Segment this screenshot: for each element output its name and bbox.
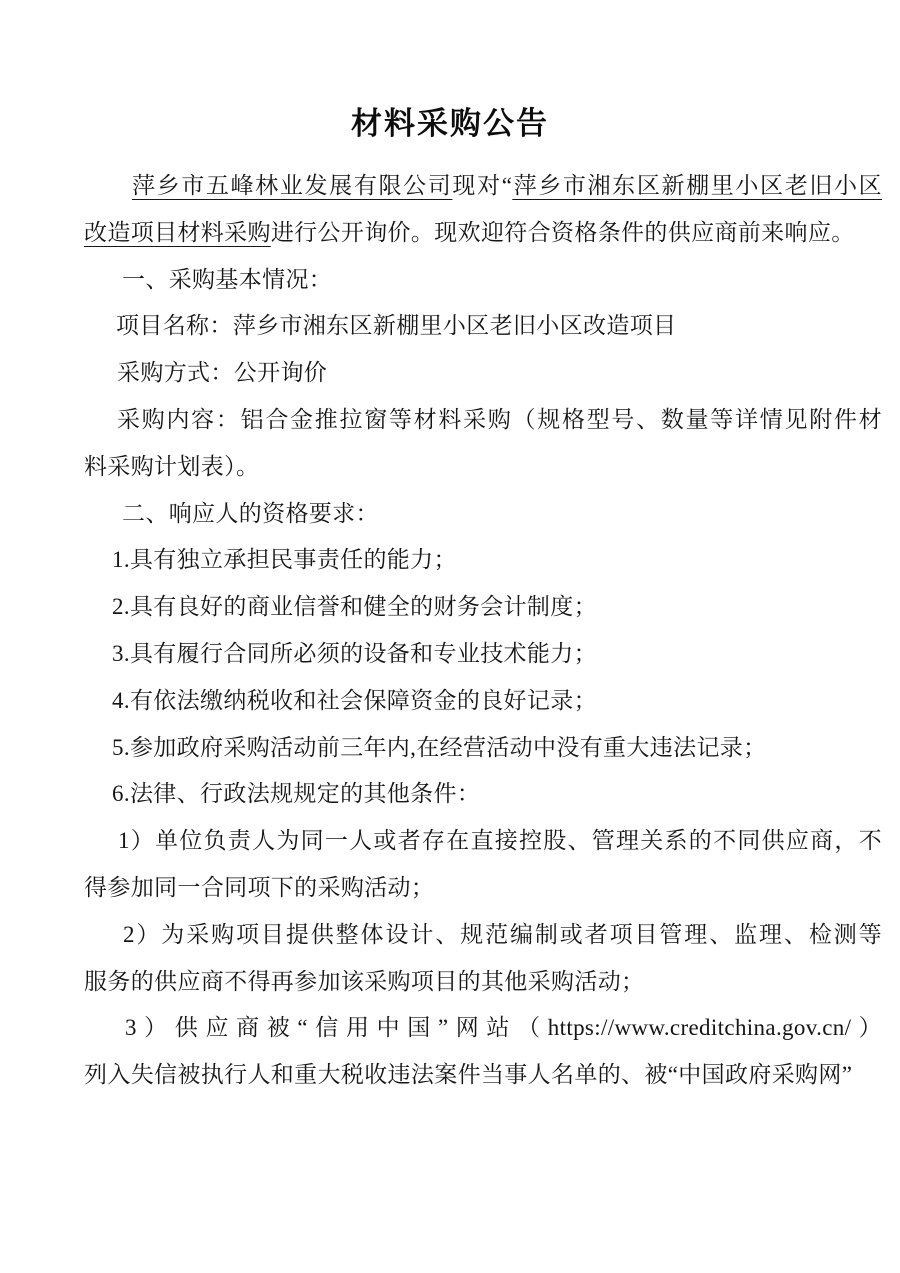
document-body: 萍乡市五峰林业发展有限公司现对“萍乡市湘东区新棚里小区老旧小区改造项目材料采购进… — [84, 163, 882, 1099]
text-segment: 一、采购基本情况： — [122, 267, 332, 292]
condition-2-line-1: 2）为采购项目提供整体设计、规范编制或者项目管理、监理、检测等 — [84, 912, 882, 959]
text-segment: 项目名称：萍乡市湘东区新棚里小区老旧小区改造项目 — [116, 313, 676, 338]
qualification-item-3: 3.具有履行合同所必须的设备和专业技术能力； — [84, 631, 882, 678]
condition-2-line-2: 服务的供应商不得再参加该采购项目的其他采购活动； — [84, 959, 882, 1006]
text-segment: 二、响应人的资格要求： — [122, 501, 379, 526]
text-segment: 料采购计划表）。 — [84, 454, 259, 479]
text-segment: 进行公开询价。现欢迎符合资格条件的供应商前来响应。 — [271, 220, 855, 245]
condition-1-line-1: 1）单位负责人为同一人或者存在直接控股、管理关系的不同供应商，不 — [84, 818, 882, 865]
qualification-item-2: 2.具有良好的商业信誉和健全的财务会计制度； — [84, 584, 882, 631]
section-2-heading: 二、响应人的资格要求： — [84, 491, 882, 538]
qualification-item-1: 1.具有独立承担民事责任的能力； — [84, 537, 882, 584]
text-segment: 5.参加政府采购活动前三年内,在经营活动中没有重大违法记录； — [112, 735, 767, 760]
text-segment: 得参加同一合同项下的采购活动； — [84, 875, 434, 900]
text-segment: 列入失信被执行人和重大税收违法案件当事人名单的、被“中国政府采购网” — [84, 1062, 852, 1087]
procurement-content-line-2: 料采购计划表）。 — [84, 444, 882, 491]
text-segment: 1）单位负责人为同一人或者存在直接控股、管理关系的不同供应商，不 — [118, 828, 882, 853]
condition-1-line-2: 得参加同一合同项下的采购活动； — [84, 865, 882, 912]
text-segment: 3）供应商被“信用中国”网站（https://www.creditchina.g… — [125, 1015, 882, 1040]
intro-line-2: 改造项目材料采购进行公开询价。现欢迎符合资格条件的供应商前来响应。 — [84, 210, 882, 257]
text-segment: 3.具有履行合同所必须的设备和专业技术能力； — [112, 641, 597, 666]
underlined-text: 改造项目材料采购 — [84, 220, 271, 245]
qualification-item-6: 6.法律、行政法规规定的其他条件： — [84, 771, 882, 818]
underlined-text: 萍乡市湘东区新棚里小区老旧小区 — [512, 173, 882, 198]
condition-3-line-1: 3）供应商被“信用中国”网站（https://www.creditchina.g… — [84, 1005, 882, 1052]
text-segment: 2.具有良好的商业信誉和健全的财务会计制度； — [112, 594, 597, 619]
project-name-line: 项目名称：萍乡市湘东区新棚里小区老旧小区改造项目 — [84, 303, 882, 350]
intro-line-1: 萍乡市五峰林业发展有限公司现对“萍乡市湘东区新棚里小区老旧小区 — [84, 163, 882, 210]
text-segment: 2）为采购项目提供整体设计、规范编制或者项目管理、监理、检测等 — [123, 922, 882, 947]
document-page: 材料采购公告 萍乡市五峰林业发展有限公司现对“萍乡市湘东区新棚里小区老旧小区改造… — [0, 0, 900, 1273]
section-1-heading: 一、采购基本情况： — [84, 257, 882, 304]
text-segment: 1.具有独立承担民事责任的能力； — [112, 547, 457, 572]
qualification-item-5: 5.参加政府采购活动前三年内,在经营活动中没有重大违法记录； — [84, 725, 882, 772]
procurement-method-line: 采购方式：公开询价 — [84, 350, 882, 397]
text-segment: 6.法律、行政法规规定的其他条件： — [112, 781, 480, 806]
text-segment: 4.有依法缴纳税收和社会保障资金的良好记录； — [112, 688, 597, 713]
qualification-item-4: 4.有依法缴纳税收和社会保障资金的良好记录； — [84, 678, 882, 725]
text-segment: 采购内容：铝合金推拉窗等材料采购（规格型号、数量等详情见附件材 — [117, 407, 882, 432]
underlined-text: 萍乡市五峰林业发展有限公司 — [132, 173, 452, 198]
condition-3-line-2: 列入失信被执行人和重大税收违法案件当事人名单的、被“中国政府采购网” — [84, 1052, 882, 1099]
text-segment: 现对“ — [452, 173, 512, 198]
text-segment: 服务的供应商不得再参加该采购项目的其他采购活动； — [84, 969, 644, 994]
procurement-content-line-1: 采购内容：铝合金推拉窗等材料采购（规格型号、数量等详情见附件材 — [84, 397, 882, 444]
text-segment: 采购方式：公开询价 — [117, 360, 327, 385]
page-title: 材料采购公告 — [0, 100, 900, 148]
